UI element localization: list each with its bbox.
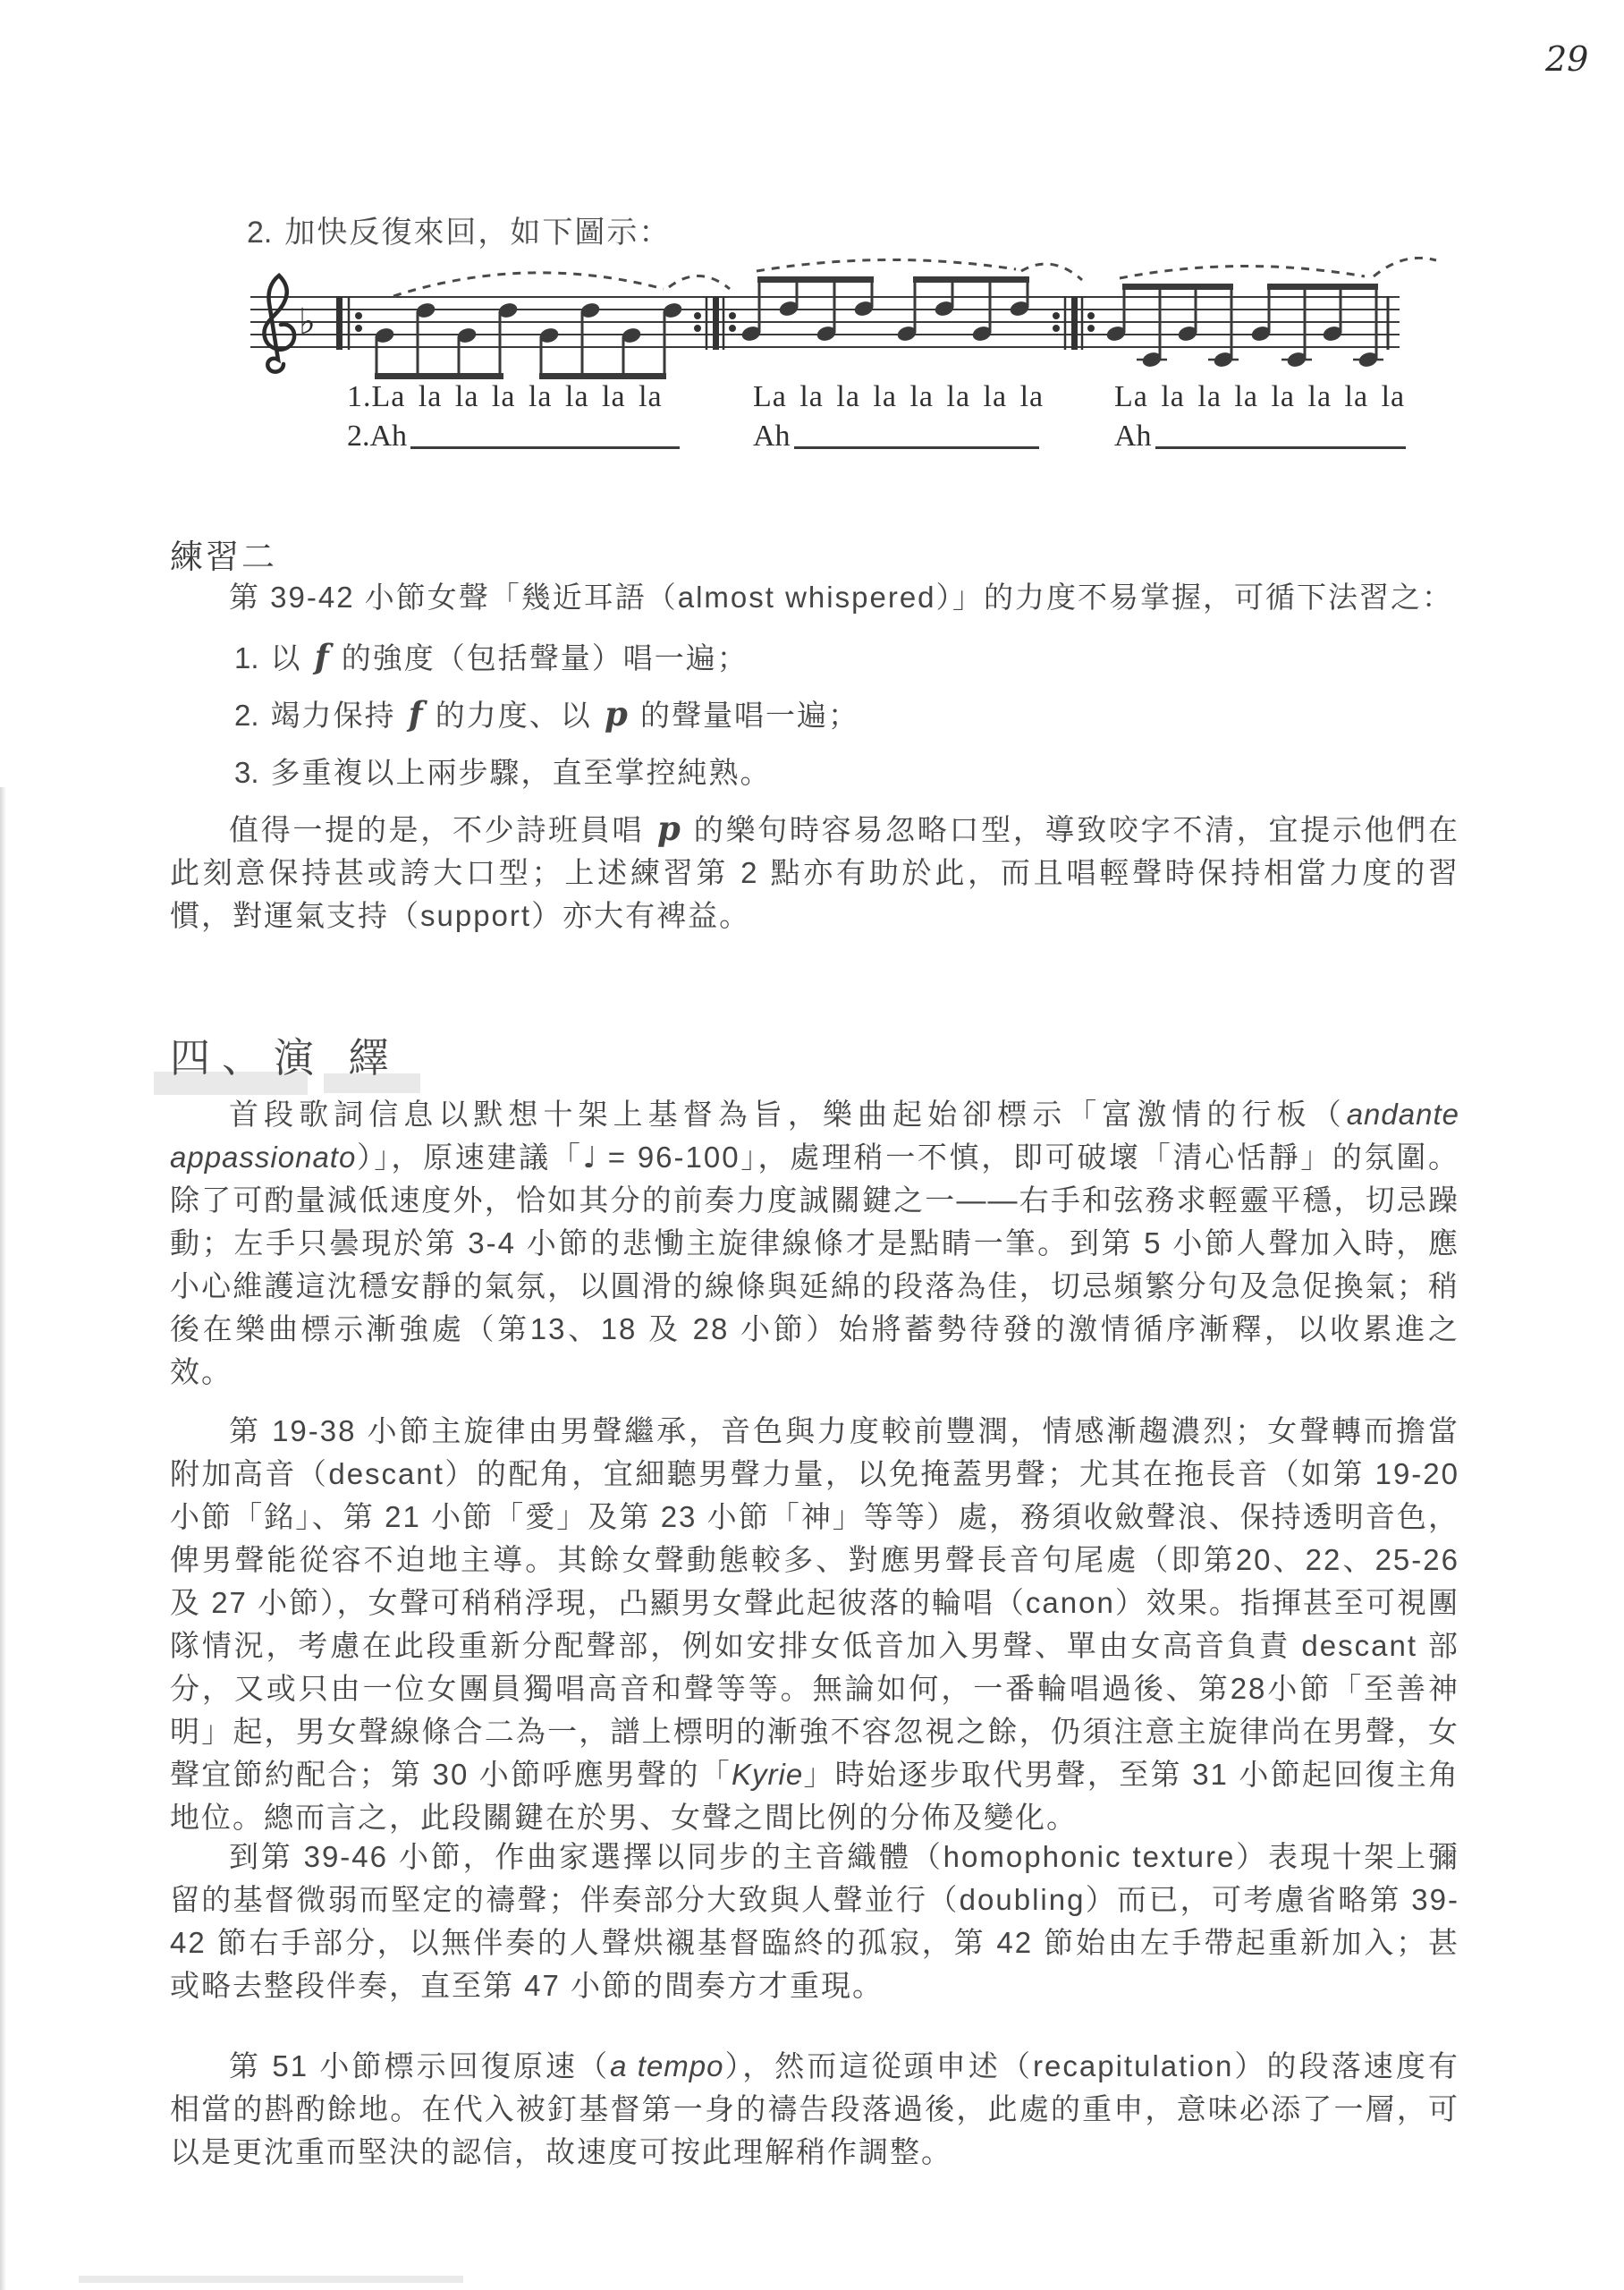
melisma-line [1155,446,1406,449]
lyrics-verse-1: 1.La la la la la la la la 2.Ah [347,380,680,454]
lyric-line-ah: Ah [753,420,791,454]
lyric-line-la: 1.La la la la la la la la [347,380,680,420]
item-text: 多重複以上兩步驟，直至掌控純熟。 [271,756,772,789]
exercise-intro: 第 39-42 小節女聲「幾近耳語（almost whispered）」的力度不… [170,576,1459,619]
exercise-item-3: 3.多重複以上兩步驟，直至掌控純熟。 [234,750,1459,792]
section-paragraph-2: 第 19-38 小節主旋律由男聲繼承，音色與力度較前豐潤，情感漸趨濃烈；女聲轉而… [170,1410,1459,1839]
exercise-heading: 練習二 [170,530,277,578]
page-number: 29 [1545,39,1588,79]
item-marker: 1. [234,641,259,674]
item-marker: 3. [234,756,259,789]
treble-clef-icon [264,276,294,372]
note-paragraph: 值得一提的是，不少詩班員唱 p 的樂句時容易忽略口型，導致咬字不清，宜提示他們在… [170,807,1459,937]
lyric-line-ah: Ah [1114,420,1152,454]
melisma-line [794,446,1039,449]
scan-artifact [79,2276,463,2283]
lyric-line-ah: 2.Ah [347,420,407,454]
exercise-item-1: 1.以 f 的強度（包括聲量）唱一遍； [234,635,1459,677]
item-text: 以 f 的強度（包括聲量）唱一遍； [271,641,749,674]
music-staff: ♭ [250,257,1445,391]
exercise-item-2: 2.竭力保持 f 的力度、以 p 的聲量唱一遍； [234,692,1459,734]
document-page: 29 2.加快反復來回，如下圖示： ♭ [0,0,1624,2290]
lyrics-verse-3: La la la la la la la la Ah [1114,380,1406,454]
item-text: 竭力保持 f 的力度、以 p 的聲量唱一遍； [271,699,859,732]
measure-2-notes [740,259,1082,343]
measure-3-notes [1105,258,1436,369]
scan-artifact [0,787,6,2290]
list-item-marker: 2. [247,216,272,250]
section-paragraph-4: 第 51 小節標示回復原速（a tempo），然而這從頭申述（recapitul… [170,2045,1459,2174]
flat-icon: ♭ [299,301,316,343]
lyric-line-la: La la la la la la la la [1114,380,1406,420]
item-marker: 2. [234,699,259,732]
music-notation-figure: ♭ [250,257,1445,467]
list-item-text: 加快反復來回，如下圖示： [284,216,671,250]
melisma-line [410,446,680,449]
section-heading: 四、演 繹 [170,1025,401,1083]
measure-1-notes [374,273,730,379]
lyric-line-la: La la la la la la la la [753,380,1039,420]
section-paragraph-1: 首段歌詞信息以默想十架上基督為旨，樂曲起始卻標示「富激情的行板（andante … [170,1093,1459,1394]
list-item-2: 2.加快反復來回，如下圖示： [247,208,671,251]
lyrics-verse-2: La la la la la la la la Ah [753,380,1039,454]
section-paragraph-3: 到第 39-46 小節，作曲家選擇以同步的主音織體（homophonic tex… [170,1836,1459,2007]
